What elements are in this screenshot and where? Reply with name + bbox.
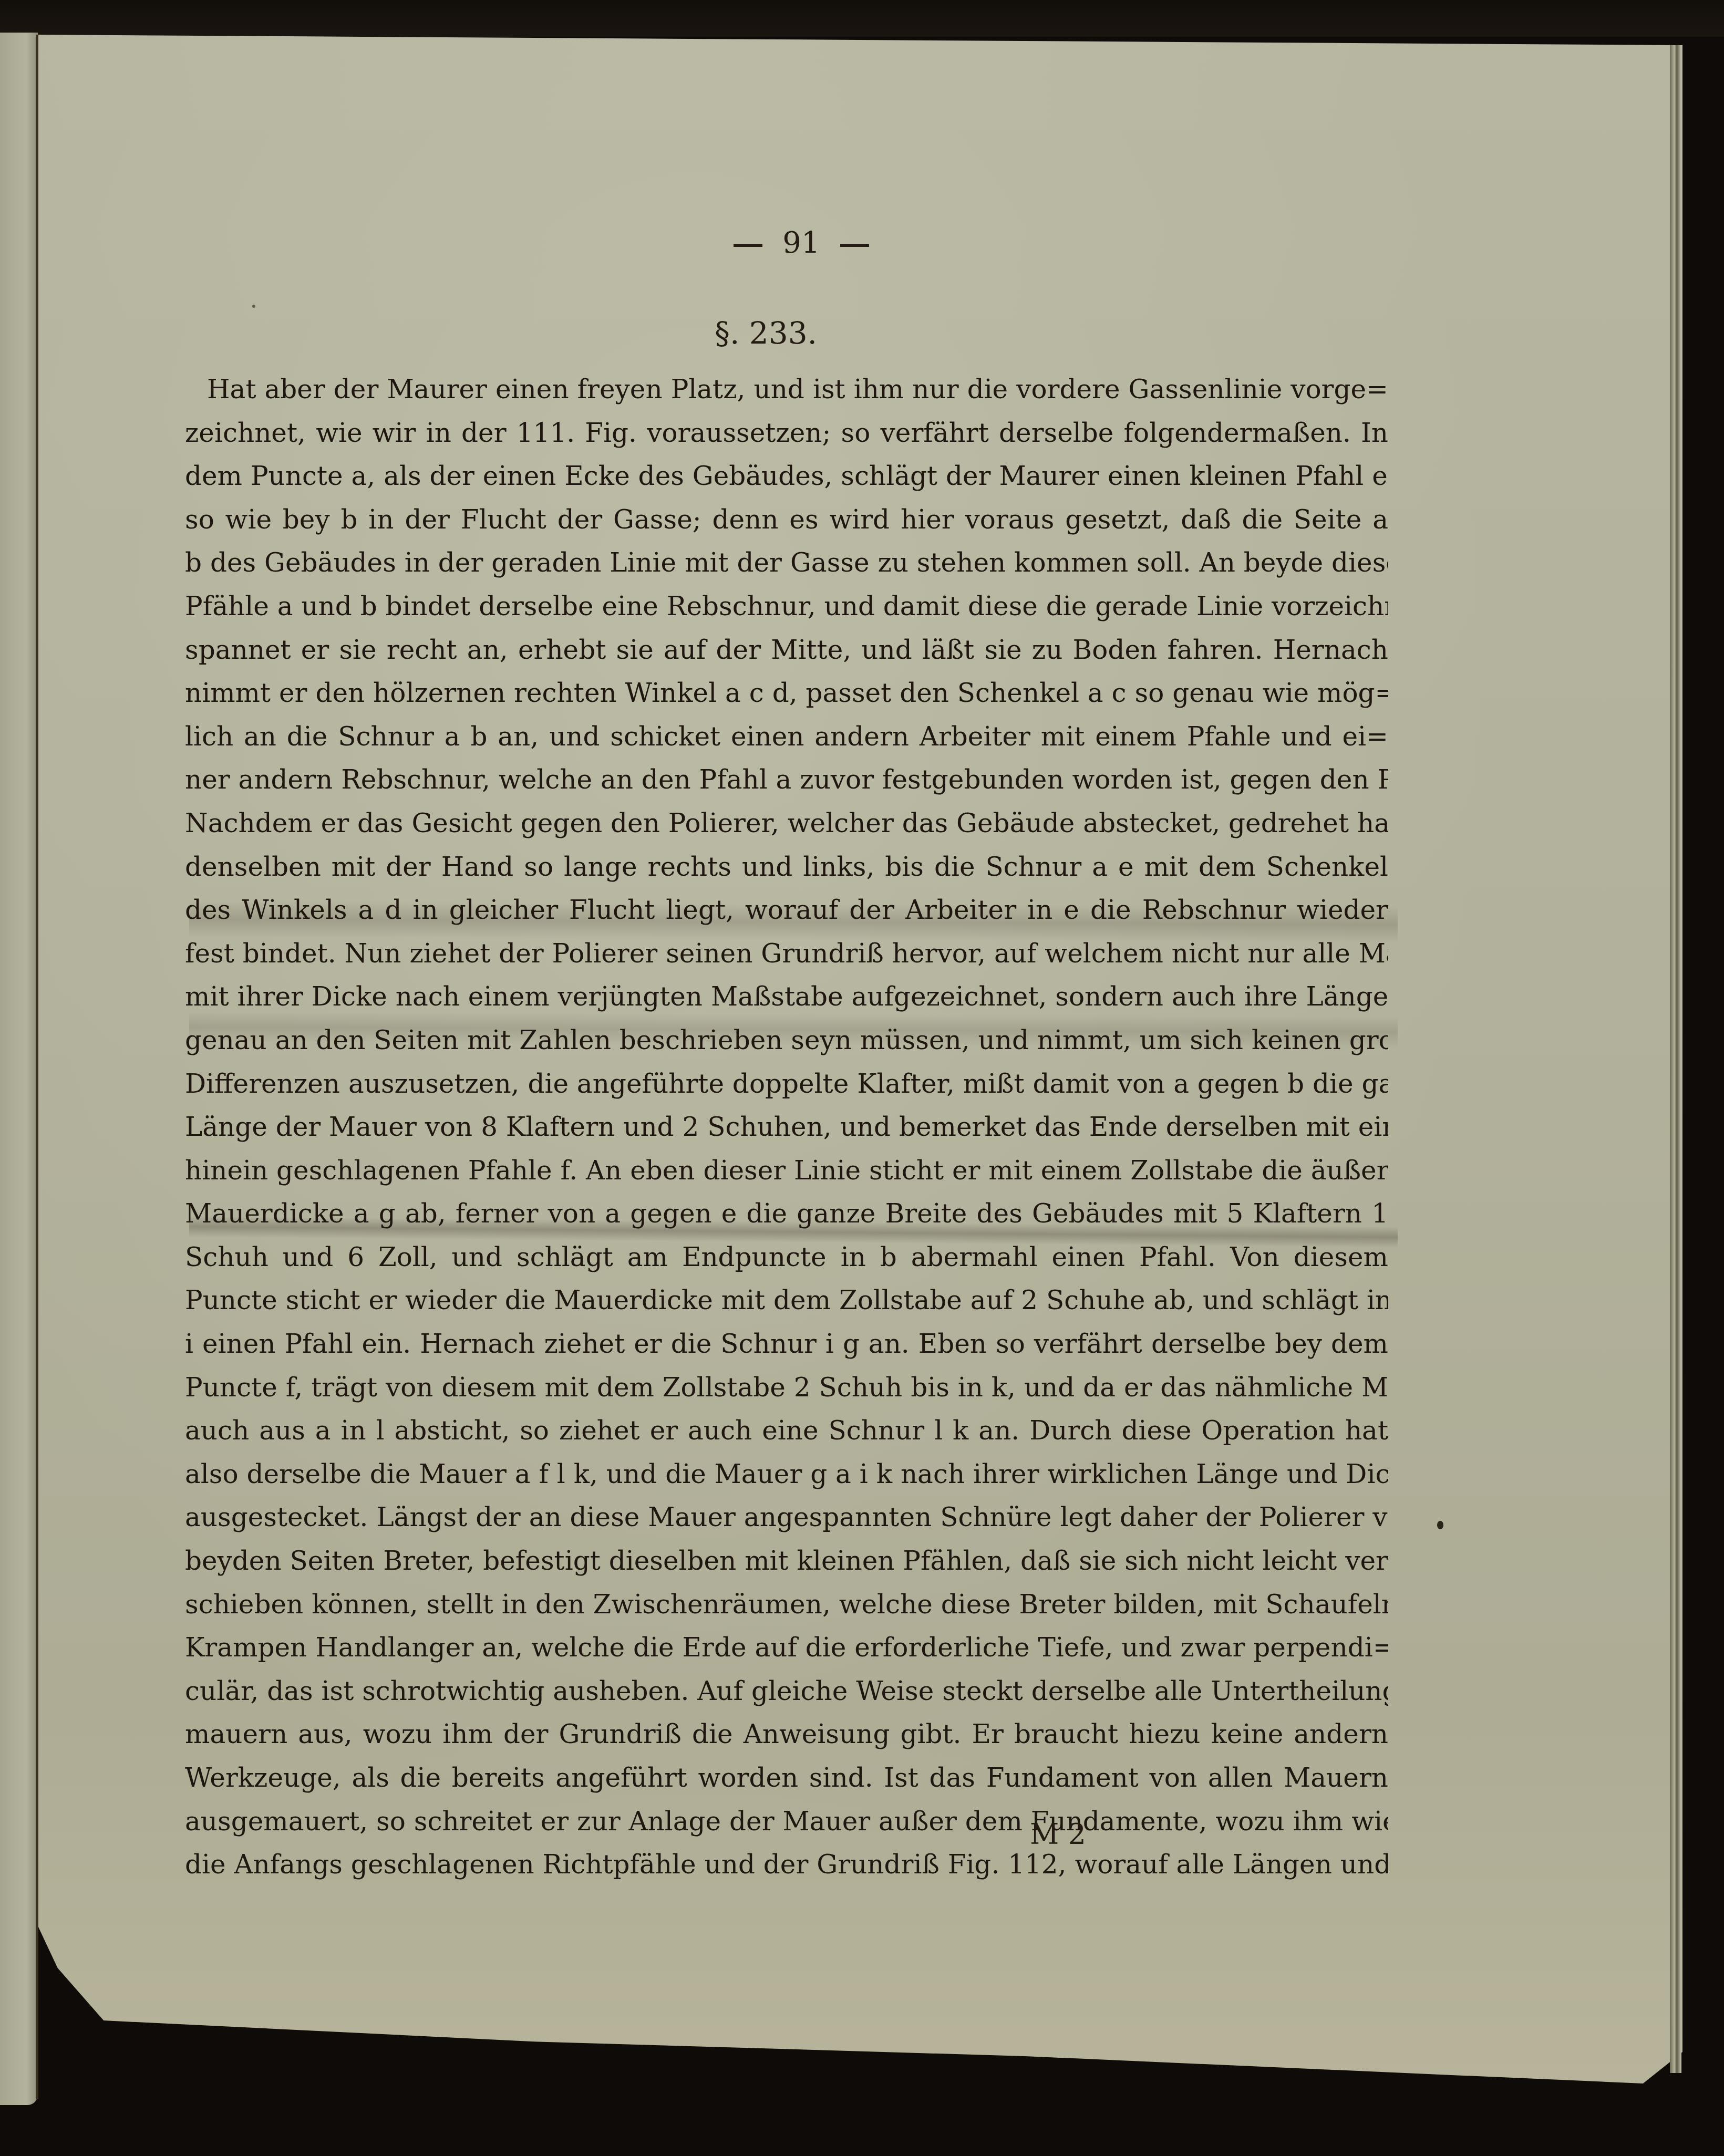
text-line: Länge der Mauer von 8 Klaftern und 2 Sch… bbox=[185, 1105, 1388, 1149]
text-line: Krampen Handlanger an, welche die Erde a… bbox=[185, 1626, 1388, 1670]
text-line: spannet er sie recht an, erhebt sie auf … bbox=[185, 628, 1388, 672]
signature-mark: M 2 bbox=[1030, 1818, 1135, 1851]
text-line: Schuh und 6 Zoll, und schlägt am Endpunc… bbox=[185, 1236, 1388, 1279]
page-fore-edge bbox=[1670, 45, 1681, 2073]
text-line: ner andern Rebschnur, welche an den Pfah… bbox=[185, 758, 1388, 802]
text-line: Mauerdicke a g ab, ferner von a gegen e … bbox=[185, 1192, 1388, 1236]
text-line: beyden Seiten Breter, befestigt dieselbe… bbox=[185, 1539, 1388, 1583]
text-line: schieben können, stellt in den Zwischenr… bbox=[185, 1583, 1388, 1626]
text-line: Hat aber der Maurer einen freyen Platz, … bbox=[185, 368, 1388, 411]
text-line: i einen Pfahl ein. Hernach ziehet er die… bbox=[185, 1322, 1388, 1366]
running-header: 91 bbox=[683, 226, 920, 260]
text-line: hinein geschlagenen Pfahle f. An eben di… bbox=[185, 1149, 1388, 1193]
text-line: nimmt er den hölzernen rechten Winkel a … bbox=[185, 671, 1388, 715]
body-text: Hat aber der Maurer einen freyen Platz, … bbox=[185, 368, 1388, 1887]
text-line: die Anfangs geschlagenen Richtpfähle und… bbox=[185, 1843, 1388, 1887]
text-line: also derselbe die Mauer a f l k, und die… bbox=[185, 1453, 1388, 1496]
text-line: denselben mit der Hand so lange rechts u… bbox=[185, 845, 1388, 889]
text-line: Puncte f, trägt von diesem mit dem Zolls… bbox=[185, 1366, 1388, 1409]
text-line: Nachdem er das Gesicht gegen den Poliere… bbox=[185, 802, 1388, 845]
text-line: lich an die Schnur a b an, und schicket … bbox=[185, 715, 1388, 759]
text-line: Puncte sticht er wieder die Mauerdicke m… bbox=[185, 1279, 1388, 1322]
text-line: b des Gebäudes in der geraden Linie mit … bbox=[185, 541, 1388, 585]
header-dash-left bbox=[734, 244, 762, 247]
text-line: fest bindet. Nun ziehet der Polierer sei… bbox=[185, 932, 1388, 976]
text-line: so wie bey b in der Flucht der Gasse; de… bbox=[185, 498, 1388, 542]
ink-spot bbox=[1437, 1521, 1443, 1529]
text-line: dem Puncte a, als der einen Ecke des Geb… bbox=[185, 454, 1388, 498]
section-heading: §. 233. bbox=[715, 315, 872, 351]
text-line: zeichnet, wie wir in der 111. Fig. vorau… bbox=[185, 411, 1388, 455]
text-line: Werkzeuge, als die bereits angeführt wor… bbox=[185, 1756, 1388, 1800]
scan-background bbox=[0, 0, 1724, 37]
text-line: ausgemauert, so schreitet er zur Anlage … bbox=[185, 1800, 1388, 1843]
text-line: des Winkels a d in gleicher Flucht liegt… bbox=[185, 888, 1388, 932]
text-line: culär, das ist schrotwichtig ausheben. A… bbox=[185, 1670, 1388, 1713]
page-number: 91 bbox=[782, 226, 820, 260]
text-line: ausgestecket. Längst der an diese Mauer … bbox=[185, 1496, 1388, 1539]
facing-page-edge bbox=[0, 33, 38, 2105]
text-line: mit ihrer Dicke nach einem verjüngten Ma… bbox=[185, 975, 1388, 1019]
text-line: Differenzen auszusetzen, die angeführte … bbox=[185, 1062, 1388, 1106]
ink-spot bbox=[252, 305, 255, 308]
binding-gutter bbox=[36, 35, 38, 2099]
text-line: auch aus a in l absticht, so ziehet er a… bbox=[185, 1409, 1388, 1453]
text-line: Pfähle a und b bindet derselbe eine Rebs… bbox=[185, 585, 1388, 628]
text-line: genau an den Seiten mit Zahlen beschrieb… bbox=[185, 1019, 1388, 1062]
header-dash-right bbox=[840, 244, 869, 247]
text-line: mauern aus, wozu ihm der Grundriß die An… bbox=[185, 1713, 1388, 1756]
